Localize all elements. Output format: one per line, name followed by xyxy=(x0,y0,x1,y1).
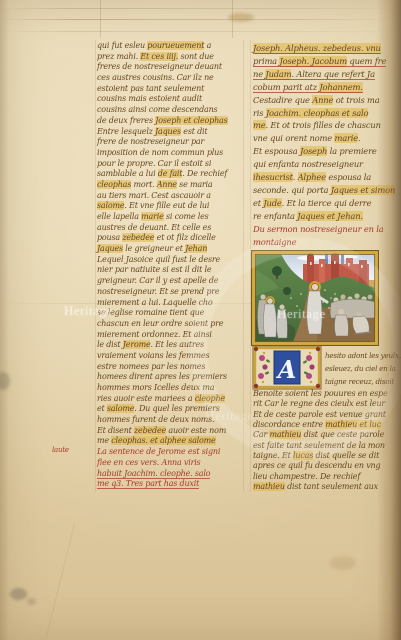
stain xyxy=(228,13,254,22)
text-line: au tiers mari. Cest ascauoir a xyxy=(97,191,243,202)
text-line: homees dirent apres les premiers xyxy=(97,372,243,383)
text-line: chascun en leur ordre soient pre xyxy=(97,319,243,330)
text-line: Lequel Jasoice quil fust le desre xyxy=(97,255,243,266)
text-line: le dist Jerome. Et les autres xyxy=(97,340,243,351)
text-line: frere de nostreseigneur par xyxy=(97,137,243,148)
text-line: ries auoir este mariees a cleophe xyxy=(97,394,243,405)
text-line: habuit Joachim. cleophe. salo xyxy=(97,469,243,480)
corner-knob xyxy=(254,347,258,351)
stain xyxy=(27,598,36,605)
text-line: pousa zebedee et ot filz dicelle xyxy=(97,233,243,244)
text-line: fiee en ces vers. Anna viris xyxy=(97,458,243,469)
text-line: me q3. Tres part has duxit xyxy=(97,479,243,490)
text-line: cousins ainsi come descendans xyxy=(97,105,243,116)
miniature-sermon-on-the-mount xyxy=(251,250,379,346)
text-line: de deux freres Joseph et cleophas xyxy=(97,116,243,127)
page-edge-right xyxy=(377,0,401,640)
text-line: hommes mors Icelles deux ma xyxy=(97,383,243,394)
text-line: estre nomees par les nomes xyxy=(97,362,243,373)
text-line: Et disent zebedee auoir este nom xyxy=(97,426,243,437)
text-line: pour le propre. Car il estoit si xyxy=(97,159,243,170)
text-line: nostreseigneur. Et se prend pre xyxy=(97,287,243,298)
text-line: samblable a lui de fait. De rechief xyxy=(97,169,243,180)
text-line: imposition de nom commun plus xyxy=(97,148,243,159)
text-line: hommes furent de deux noms. xyxy=(97,415,243,426)
tree-icon xyxy=(283,287,291,295)
page-edge-left xyxy=(0,0,9,640)
marginal-note: laute xyxy=(52,446,69,454)
text-line: prez mahi. Et ces iiij. sont due xyxy=(97,52,243,63)
parchment-crease xyxy=(100,0,101,38)
text-line: La sentence de Jerome est signi xyxy=(97,447,243,458)
scene xyxy=(255,250,375,342)
left-text-column: qui fut esleu pourueuement aprez mahi. E… xyxy=(97,41,243,490)
text-line: et salome. Du quel les premiers xyxy=(97,404,243,415)
tree-trunk xyxy=(276,275,277,279)
text-line: nier par natiuite si est il dit le xyxy=(97,265,243,276)
corner-knob xyxy=(316,347,320,351)
text-line: vraiement voians les femmes xyxy=(97,351,243,362)
decorated-initial: A xyxy=(252,345,322,390)
parchment-crease xyxy=(0,31,401,32)
tree-icon xyxy=(272,266,282,276)
corner-knob xyxy=(254,384,258,388)
initial-letter: A xyxy=(276,355,297,384)
corner-knob xyxy=(316,384,320,388)
stain xyxy=(10,588,27,600)
text-line: austres de deuant. Et celle es xyxy=(97,223,243,234)
text-line: elle lapella marie si come les xyxy=(97,212,243,223)
parchment-crease xyxy=(0,19,401,20)
stain xyxy=(330,556,356,570)
text-line: mierement ordonnez. Et ainsi xyxy=(97,330,243,341)
text-line: qui fut esleu pourueuement a xyxy=(97,41,243,52)
text-line: cousins mais estoient audit xyxy=(97,94,243,105)
ruling-line xyxy=(243,40,244,492)
text-line: estoient pas tant seulement xyxy=(97,84,243,95)
text-line: Entre lesquelz Jaques est dit xyxy=(97,127,243,138)
text-line: freres de nostreseigneur deuant xyxy=(97,62,243,73)
text-line: cleophas mort. Anne se maria xyxy=(97,180,243,191)
text-line: mierement a lui. Laquelle cho xyxy=(97,298,243,309)
text-line: greigneur. Car il y est apelle de xyxy=(97,276,243,287)
text-line: ces austres cousins. Car ilz ne xyxy=(97,73,243,84)
parchment-crease xyxy=(45,522,75,639)
parchment-crease xyxy=(0,8,401,9)
text-line: salome. Et vne fille eut de lui xyxy=(97,201,243,212)
text-line: se leglise romaine tient que xyxy=(97,308,243,319)
manuscript-page: qui fut esleu pourueuement aprez mahi. E… xyxy=(0,0,401,640)
text-line: Jaques le greigneur et Jehan xyxy=(97,244,243,255)
ruling-line xyxy=(95,40,96,492)
text-line: me cleophas. et alphee salome xyxy=(97,436,243,447)
